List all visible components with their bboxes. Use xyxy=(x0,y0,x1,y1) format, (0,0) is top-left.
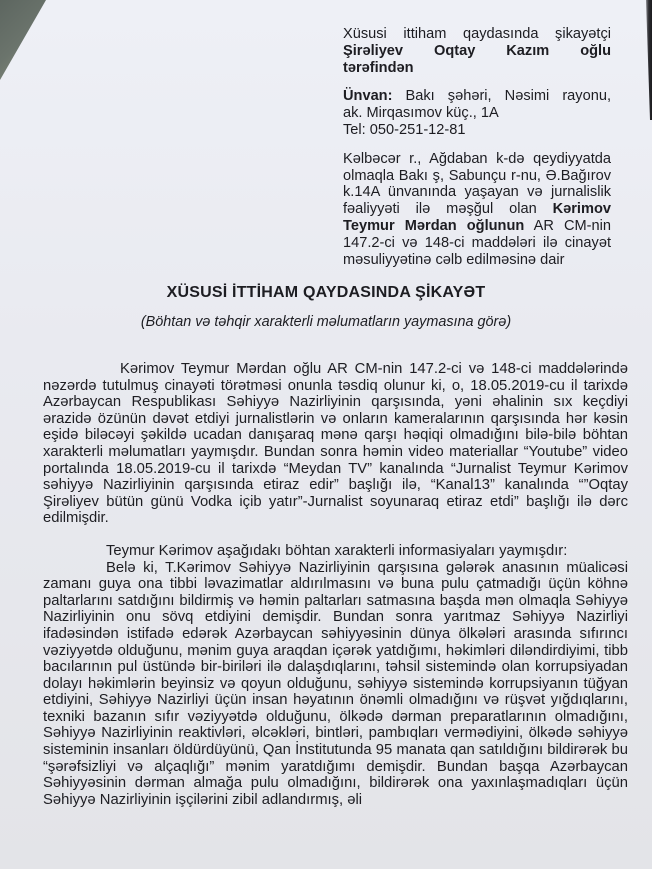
subject-block: Kəlbəcər r., Ağdaban k-də qeydiyyatda ol… xyxy=(343,151,611,269)
page-edge-shadow xyxy=(644,0,652,120)
complainant-line: Xüsusi ittiham qaydasında şikayətçi xyxy=(343,26,611,43)
address-line-1: Ünvan: Bakı şəhəri, Nəsimi rayonu, xyxy=(343,88,611,105)
complainant-block: Xüsusi ittiham qaydasında şikayətçi Şirə… xyxy=(343,26,611,76)
document-page: Xüsusi ittiham qaydasında şikayətçi Şirə… xyxy=(0,0,652,869)
paragraph-2: Teymur Kərimov aşağıdakı böhtan xarakter… xyxy=(43,543,628,560)
document-subtitle: (Böhtan və təhqir xarakterli məlumatları… xyxy=(0,314,652,330)
background-corner xyxy=(0,0,46,80)
paragraph-3: Belə ki, T.Kərimov Səhiyyə Nazirliyinin … xyxy=(43,560,628,809)
document-body: Kərimov Teymur Mərdan oğlu AR CM-nin 147… xyxy=(43,361,628,808)
address-line-2: ak. Mirqasımov küç., 1A xyxy=(343,105,611,122)
complaint-header: Xüsusi ittiham qaydasında şikayətçi Şirə… xyxy=(343,26,611,280)
paragraph-1: Kərimov Teymur Mərdan oğlu AR CM-nin 147… xyxy=(43,361,628,527)
address-block: Ünvan: Bakı şəhəri, Nəsimi rayonu, ak. M… xyxy=(343,88,611,138)
address-value: Bakı şəhəri, Nəsimi rayonu, xyxy=(392,88,611,104)
complainant-name: Şirəliyev Oqtay Kazım oğlu xyxy=(343,43,611,60)
document-title: XÜSUSİ İTTİHAM QAYDASINDA ŞİKAYƏT xyxy=(0,284,652,302)
address-label: Ünvan: xyxy=(343,88,392,104)
phone-number: Tel: 050-251-12-81 xyxy=(343,122,611,139)
complainant-suffix: tərəfindən xyxy=(343,60,611,77)
